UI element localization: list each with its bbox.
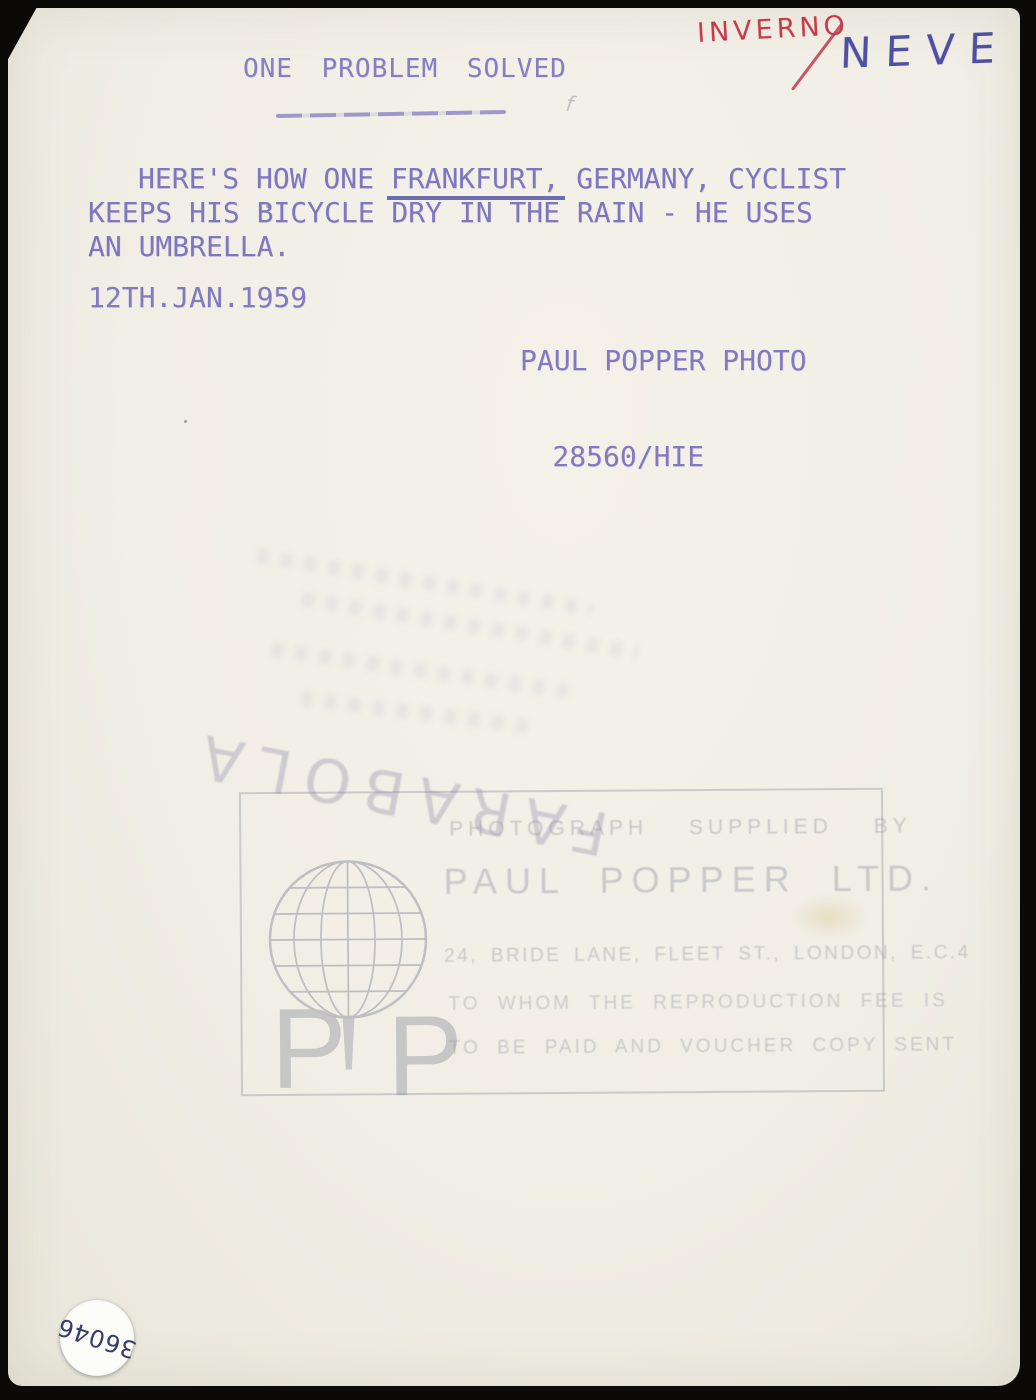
scan-background: ONE PROBLEM SOLVED f INVERNO NEVE HERE'S… xyxy=(0,0,1036,1400)
pencil-mark: f xyxy=(564,92,575,117)
number-sticker: 36046 xyxy=(60,1300,134,1376)
credit-agency: PAUL POPPER PHOTO xyxy=(520,345,807,377)
title-underline xyxy=(276,110,506,118)
date-stamp: 12TH.JAN.1959 xyxy=(88,281,307,314)
stamp-fee-line-2: TO BE PAID AND VOUCHER COPY SENT xyxy=(449,1034,957,1060)
caption-line1-after: GERMANY, CYCLIST xyxy=(559,162,846,195)
credit-stamp: PAUL POPPER PHOTO 28560/HIE xyxy=(520,281,807,537)
caption-line-1: HERE'S HOW ONE FRANKFURT, GERMANY, CYCLI… xyxy=(88,162,846,196)
supplier-stamp-box: P P PHOTOGRAPH SUPPLIED BY PAUL POPPER L… xyxy=(239,788,885,1096)
stamp-supplied-by-line: PHOTOGRAPH SUPPLIED BY xyxy=(449,815,912,842)
paper-speck xyxy=(184,420,187,423)
title-stamp: ONE PROBLEM SOLVED xyxy=(243,54,567,84)
faded-illegible-stamp xyxy=(270,642,569,699)
credit-ref-number: 28560/HIE xyxy=(485,441,772,473)
stamp-address-line: 24, BRIDE LANE, FLEET ST., LONDON, E.C.4 xyxy=(444,942,971,968)
handwritten-neve: NEVE xyxy=(839,23,1010,78)
sticker-number: 36046 xyxy=(54,1312,140,1364)
caption-line-2: KEEPS HIS BICYCLE DRY IN THE RAIN - HE U… xyxy=(88,196,846,230)
paper-corner-notch xyxy=(7,7,37,61)
typed-caption: HERE'S HOW ONE FRANKFURT, GERMANY, CYCLI… xyxy=(88,162,846,264)
caption-frankfurt-underlined: FRANKFURT, xyxy=(387,162,566,200)
caption-line1-before: HERE'S HOW ONE xyxy=(138,162,391,195)
faded-illegible-stamp xyxy=(300,691,530,734)
caption-line-3: AN UMBRELLA. xyxy=(88,230,846,264)
photo-back-paper: ONE PROBLEM SOLVED f INVERNO NEVE HERE'S… xyxy=(8,8,1020,1386)
stamp-fee-line-1: TO WHOM THE REPRODUCTION FEE IS xyxy=(448,990,948,1015)
logo-letter-p-left: P xyxy=(270,986,347,1099)
paper-stain xyxy=(790,895,868,939)
